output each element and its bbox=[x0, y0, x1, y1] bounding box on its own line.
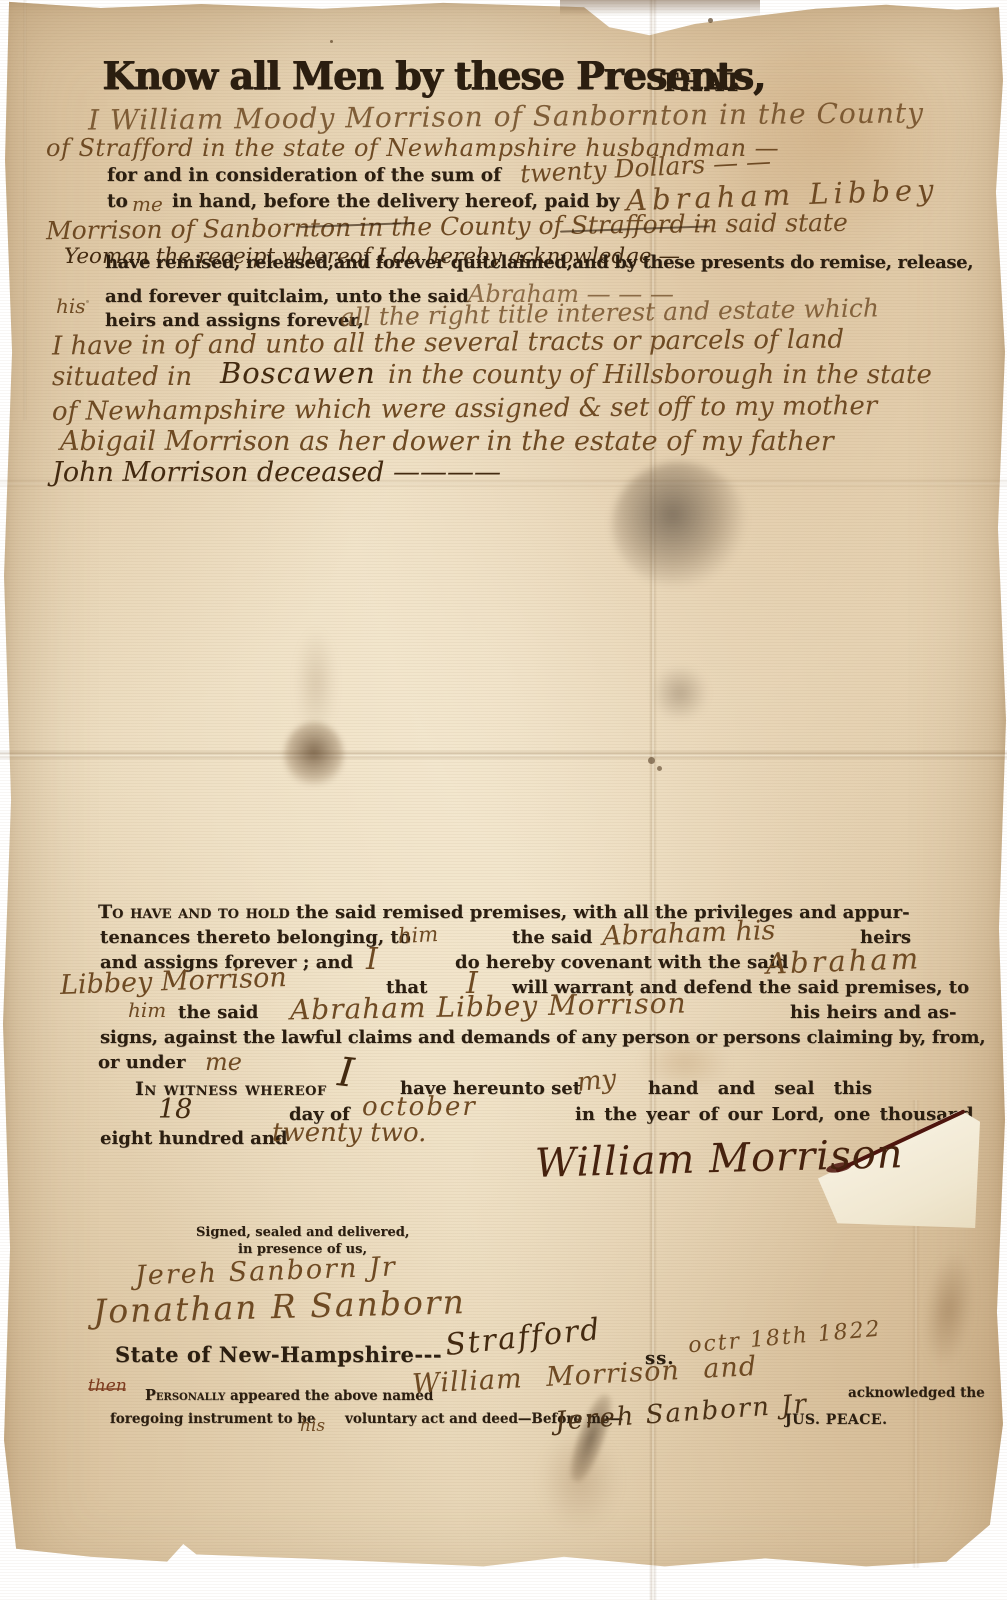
left-edge-crease bbox=[23, 0, 27, 420]
printed-state: State of New-Hampshire--- bbox=[115, 1344, 442, 1366]
printed-line5-end: his heirs and as- bbox=[790, 1004, 956, 1023]
printed-the-said-2: the said bbox=[178, 1004, 258, 1023]
hw-boscawen: Boscawen bbox=[220, 358, 376, 388]
fold-hole bbox=[648, 757, 655, 764]
ink-speck bbox=[86, 300, 89, 303]
hw-grantor-line1: I William Moody Morrison of Sanbornton i… bbox=[88, 98, 924, 135]
hw-abraham-his: Abraham his bbox=[602, 917, 776, 951]
deed-scan: Know all Men by these Presents, THAT I W… bbox=[0, 0, 1007, 1600]
printed-habendum-line6: signs, against the lawful claims and dem… bbox=[100, 1029, 985, 1048]
printed-habendum-line1: the said remised premises, with all the … bbox=[296, 902, 910, 923]
hw-me: me bbox=[132, 194, 163, 215]
printed-to: to bbox=[107, 192, 128, 211]
printed-foregoing: foregoing instrument to be bbox=[110, 1412, 315, 1426]
crossout-line bbox=[88, 1388, 126, 1390]
printed-remise-1: have remised, released,and forever quitc… bbox=[105, 254, 973, 273]
ink-speck bbox=[708, 18, 713, 23]
hw-his-margin: his bbox=[56, 296, 86, 317]
hw-his-2: his bbox=[300, 1418, 325, 1436]
printed-paid-by: in hand, before the delivery hereof, pai… bbox=[172, 192, 620, 211]
hw-day: 18 bbox=[158, 1096, 192, 1124]
hw-covenant-i: I bbox=[366, 944, 378, 976]
printed-habendum-line2: tenances thereto belonging, to bbox=[100, 929, 411, 948]
hw-estate-3c: in the county of Hillsborough in the sta… bbox=[388, 362, 932, 389]
printed-year-line: in the year of our Lord, one thousand bbox=[575, 1106, 974, 1125]
printed-covenant: do hereby covenant with the said bbox=[455, 954, 788, 973]
hw-abraham-2: Abraham bbox=[766, 943, 922, 979]
printed-appeared: appeared the above named bbox=[230, 1388, 433, 1404]
fold-hole bbox=[657, 766, 662, 771]
hw-estate-5: Abigail Morrison as her dower in the est… bbox=[60, 428, 834, 456]
printed-hand-seal: hand and seal this bbox=[648, 1080, 872, 1099]
printed-consideration: for and in consideration of the sum of bbox=[107, 166, 501, 185]
printed-or-under: or under bbox=[98, 1054, 185, 1073]
hw-him-2: him bbox=[128, 1000, 166, 1021]
printed-heirs-assigns: heirs and assigns forever, bbox=[105, 312, 364, 331]
hw-my: my bbox=[576, 1066, 618, 1097]
printed-the-said-1: the said bbox=[512, 929, 592, 948]
printed-personally: Personally bbox=[145, 1387, 225, 1404]
printed-signed-sealed: Signed, sealed and delivered, bbox=[196, 1226, 409, 1240]
hw-estate-4: of Newhampshire which were assigned & se… bbox=[52, 393, 877, 426]
horizontal-fold-crease bbox=[0, 750, 1007, 760]
printed-jus-peace: JUS. PEACE. bbox=[785, 1413, 887, 1428]
printed-eight-hundred: eight hundred and bbox=[100, 1130, 288, 1149]
hw-me-2: me bbox=[205, 1050, 242, 1075]
printed-habendum-intro: To have and to hold bbox=[98, 901, 290, 923]
printed-acknowledged: acknowledged the bbox=[848, 1386, 985, 1400]
hw-then: then bbox=[88, 1378, 127, 1396]
hw-estate-3a: situated in bbox=[52, 364, 192, 391]
hw-year: twenty two. bbox=[272, 1120, 426, 1147]
hw-him-1: him bbox=[397, 923, 438, 947]
signature-grantor: William Morrison bbox=[535, 1133, 905, 1185]
heading-that: THAT bbox=[660, 70, 743, 96]
hw-estate-6: John Morrison deceased ———— bbox=[52, 459, 501, 487]
ink-speck bbox=[330, 40, 333, 43]
hw-grantee-full: Abraham Libbey Morrison bbox=[290, 989, 687, 1025]
